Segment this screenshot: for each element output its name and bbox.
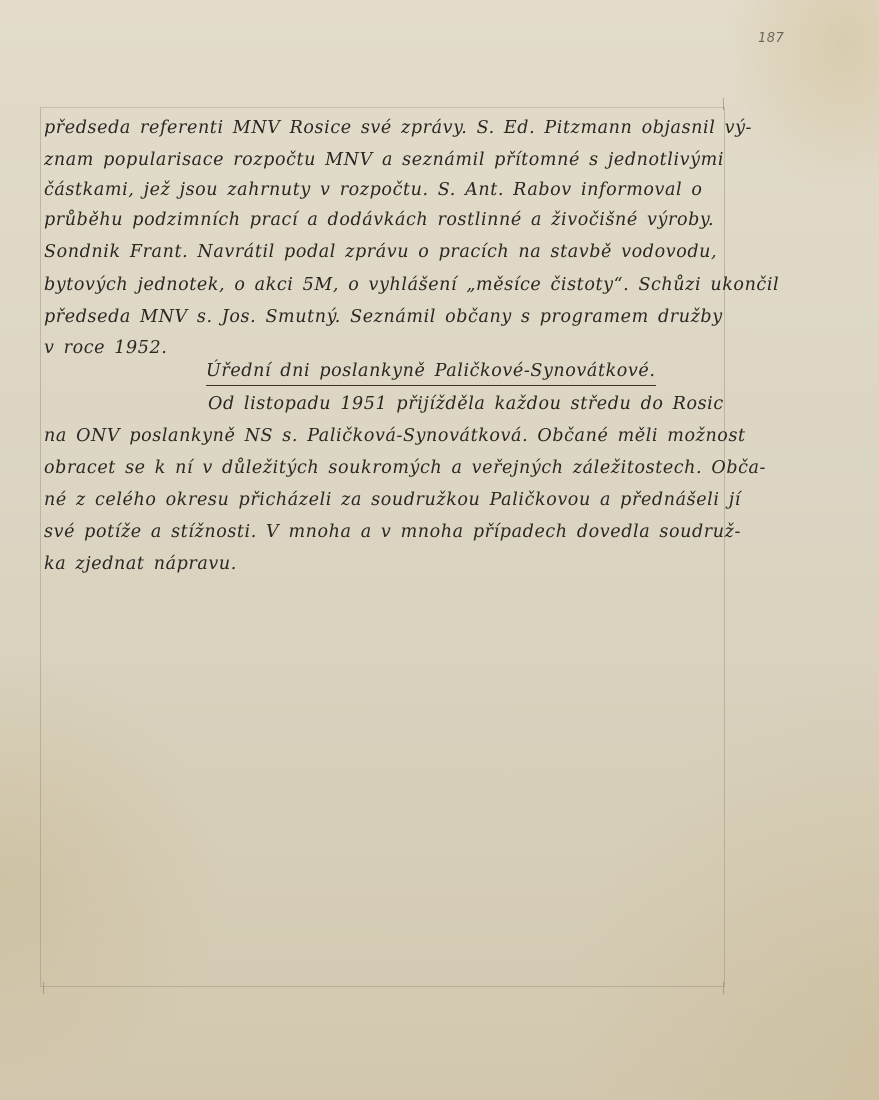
section-line: obracet se k ní v důležitých soukromých … (44, 452, 766, 484)
text-line: předseda MNV s. Jos. Smutný. Seznámil ob… (44, 301, 723, 333)
section-line: ka zjednat nápravu. (44, 548, 237, 580)
page-number: 187 (758, 31, 784, 46)
section-line: na ONV poslankyně NS s. Paličková-Synová… (44, 420, 746, 452)
text-line: částkami, jež jsou zahrnuty v rozpočtu. … (44, 174, 703, 206)
frame-tick-bottom-left (43, 982, 44, 994)
section-line: né z celého okresu přicházeli za soudruž… (44, 484, 741, 516)
text-line: znam popularisace rozpočtu MNV a seznámi… (44, 144, 724, 176)
text-line: průběhu podzimních prací a dodávkách ros… (44, 204, 714, 236)
section-heading: Úřední dni poslankyně Paličkové-Synovátk… (206, 358, 656, 386)
text-line: Sondnik Frant. Navrátil podal zprávu o p… (44, 236, 717, 268)
section-line: své potíže a stížnosti. V mnoha a v mnoh… (44, 516, 741, 548)
text-line: bytových jednotek, o akci 5M, o vyhlášen… (44, 269, 779, 301)
text-line: předseda referenti MNV Rosice své zprávy… (44, 112, 752, 144)
section-line: Od listopadu 1951 přijížděla každou stře… (208, 388, 724, 420)
frame-tick-top-right (723, 98, 724, 110)
frame-tick-bottom-right (723, 982, 724, 994)
text-line: v roce 1952. (44, 332, 167, 364)
